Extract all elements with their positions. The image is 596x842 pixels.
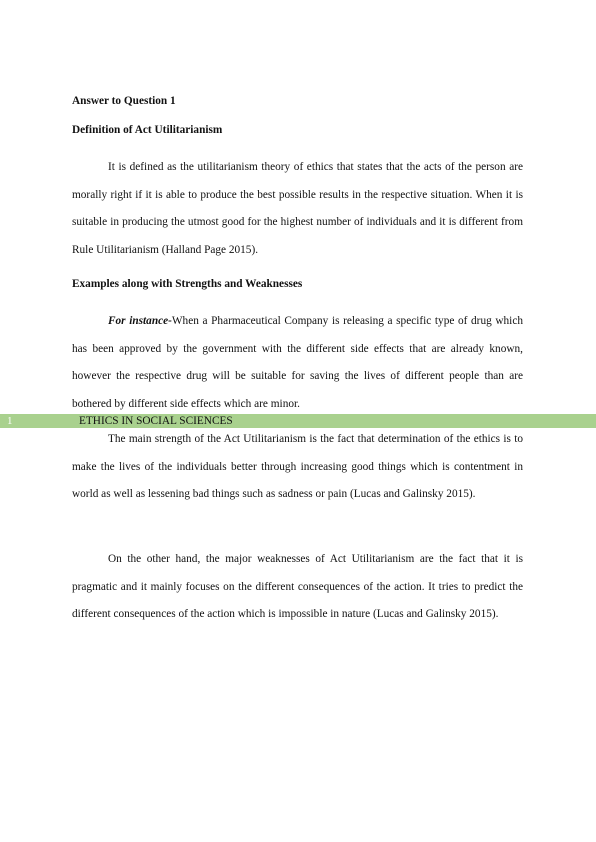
answer-heading: Answer to Question 1 — [72, 95, 176, 107]
strength-paragraph: The main strength of the Act Utilitarian… — [72, 426, 523, 509]
weakness-paragraph: On the other hand, the major weaknesses … — [72, 546, 523, 629]
document-page: Answer to Question 1 Definition of Act U… — [0, 0, 596, 842]
definition-paragraph: It is defined as the utilitarianism theo… — [72, 154, 523, 264]
examples-heading: Examples along with Strengths and Weakne… — [72, 278, 302, 290]
page-number: 1 — [7, 414, 13, 428]
example-body: When a Pharmaceutical Company is releasi… — [72, 315, 523, 410]
example-paragraph: For instance-When a Pharmaceutical Compa… — [72, 308, 523, 418]
example-lead: For instance- — [108, 315, 172, 327]
definition-heading: Definition of Act Utilitarianism — [72, 124, 222, 136]
